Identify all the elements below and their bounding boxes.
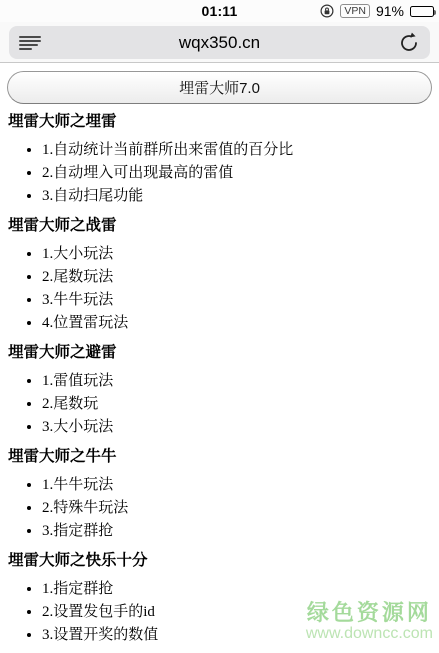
list-item: 3.牛牛玩法 (42, 289, 431, 312)
vpn-badge: VPN (340, 4, 370, 18)
battery-icon (410, 6, 434, 17)
list-item: 1.牛牛玩法 (42, 474, 431, 497)
section-heading: 埋雷大师之快乐十分 (8, 551, 431, 570)
orientation-lock-icon (320, 4, 334, 18)
list-item: 2.特殊牛玩法 (42, 497, 431, 520)
battery-percent: 91% (376, 3, 404, 19)
section-kuaile-shifen: 埋雷大师之快乐十分 1.指定群抢 2.设置发包手的id 3.设置开奖的数值 (8, 551, 431, 647)
status-bar: 01:11 VPN 91% (0, 0, 439, 22)
list-item: 1.雷值玩法 (42, 370, 431, 393)
address-bar[interactable]: wqx350.cn (9, 26, 430, 59)
list-item: 2.设置发包手的id (42, 601, 431, 624)
feature-list: 埋雷大师之埋雷 1.自动统计当前群所出来雷值的百分比 2.自动埋入可出现最高的雷… (0, 112, 439, 647)
list-item: 3.自动扫尾功能 (42, 185, 431, 208)
list-item: 1.大小玩法 (42, 243, 431, 266)
url-text[interactable]: wqx350.cn (41, 33, 398, 53)
feature-items: 1.指定群抢 2.设置发包手的id 3.设置开奖的数值 (8, 578, 431, 647)
list-item: 3.指定群抢 (42, 520, 431, 543)
status-indicators: VPN 91% (320, 0, 434, 22)
section-heading: 埋雷大师之战雷 (8, 216, 431, 235)
feature-items: 1.自动统计当前群所出来雷值的百分比 2.自动埋入可出现最高的雷值 3.自动扫尾… (8, 139, 431, 208)
list-item: 3.大小玩法 (42, 416, 431, 439)
section-heading: 埋雷大师之埋雷 (8, 112, 431, 131)
section-heading: 埋雷大师之避雷 (8, 343, 431, 362)
section-zhanlei: 埋雷大师之战雷 1.大小玩法 2.尾数玩法 3.牛牛玩法 4.位置雷玩法 (8, 216, 431, 335)
list-item: 4.位置雷玩法 (42, 312, 431, 335)
clock: 01:11 (201, 3, 237, 19)
webpage: 埋雷大师7.0 埋雷大师之埋雷 1.自动统计当前群所出来雷值的百分比 2.自动埋… (0, 71, 439, 647)
section-niuniu: 埋雷大师之牛牛 1.牛牛玩法 2.特殊牛玩法 3.指定群抢 (8, 447, 431, 543)
feature-items: 1.牛牛玩法 2.特殊牛玩法 3.指定群抢 (8, 474, 431, 543)
section-heading: 埋雷大师之牛牛 (8, 447, 431, 466)
list-item: 2.尾数玩 (42, 393, 431, 416)
reload-icon[interactable] (398, 32, 420, 54)
mobile-browser-screen: 01:11 VPN 91% wqx350.cn 埋雷大师7.0 (0, 0, 439, 653)
section-bilei: 埋雷大师之避雷 1.雷值玩法 2.尾数玩 3.大小玩法 (8, 343, 431, 439)
app-title-button[interactable]: 埋雷大师7.0 (7, 71, 432, 104)
list-item: 1.指定群抢 (42, 578, 431, 601)
section-mailei: 埋雷大师之埋雷 1.自动统计当前群所出来雷值的百分比 2.自动埋入可出现最高的雷… (8, 112, 431, 208)
reader-icon[interactable] (19, 36, 41, 50)
list-item: 3.设置开奖的数值 (42, 624, 431, 647)
list-item: 2.自动埋入可出现最高的雷值 (42, 162, 431, 185)
list-item: 1.自动统计当前群所出来雷值的百分比 (42, 139, 431, 162)
list-item: 2.尾数玩法 (42, 266, 431, 289)
feature-items: 1.雷值玩法 2.尾数玩 3.大小玩法 (8, 370, 431, 439)
browser-toolbar: wqx350.cn (0, 22, 439, 63)
feature-items: 1.大小玩法 2.尾数玩法 3.牛牛玩法 4.位置雷玩法 (8, 243, 431, 335)
